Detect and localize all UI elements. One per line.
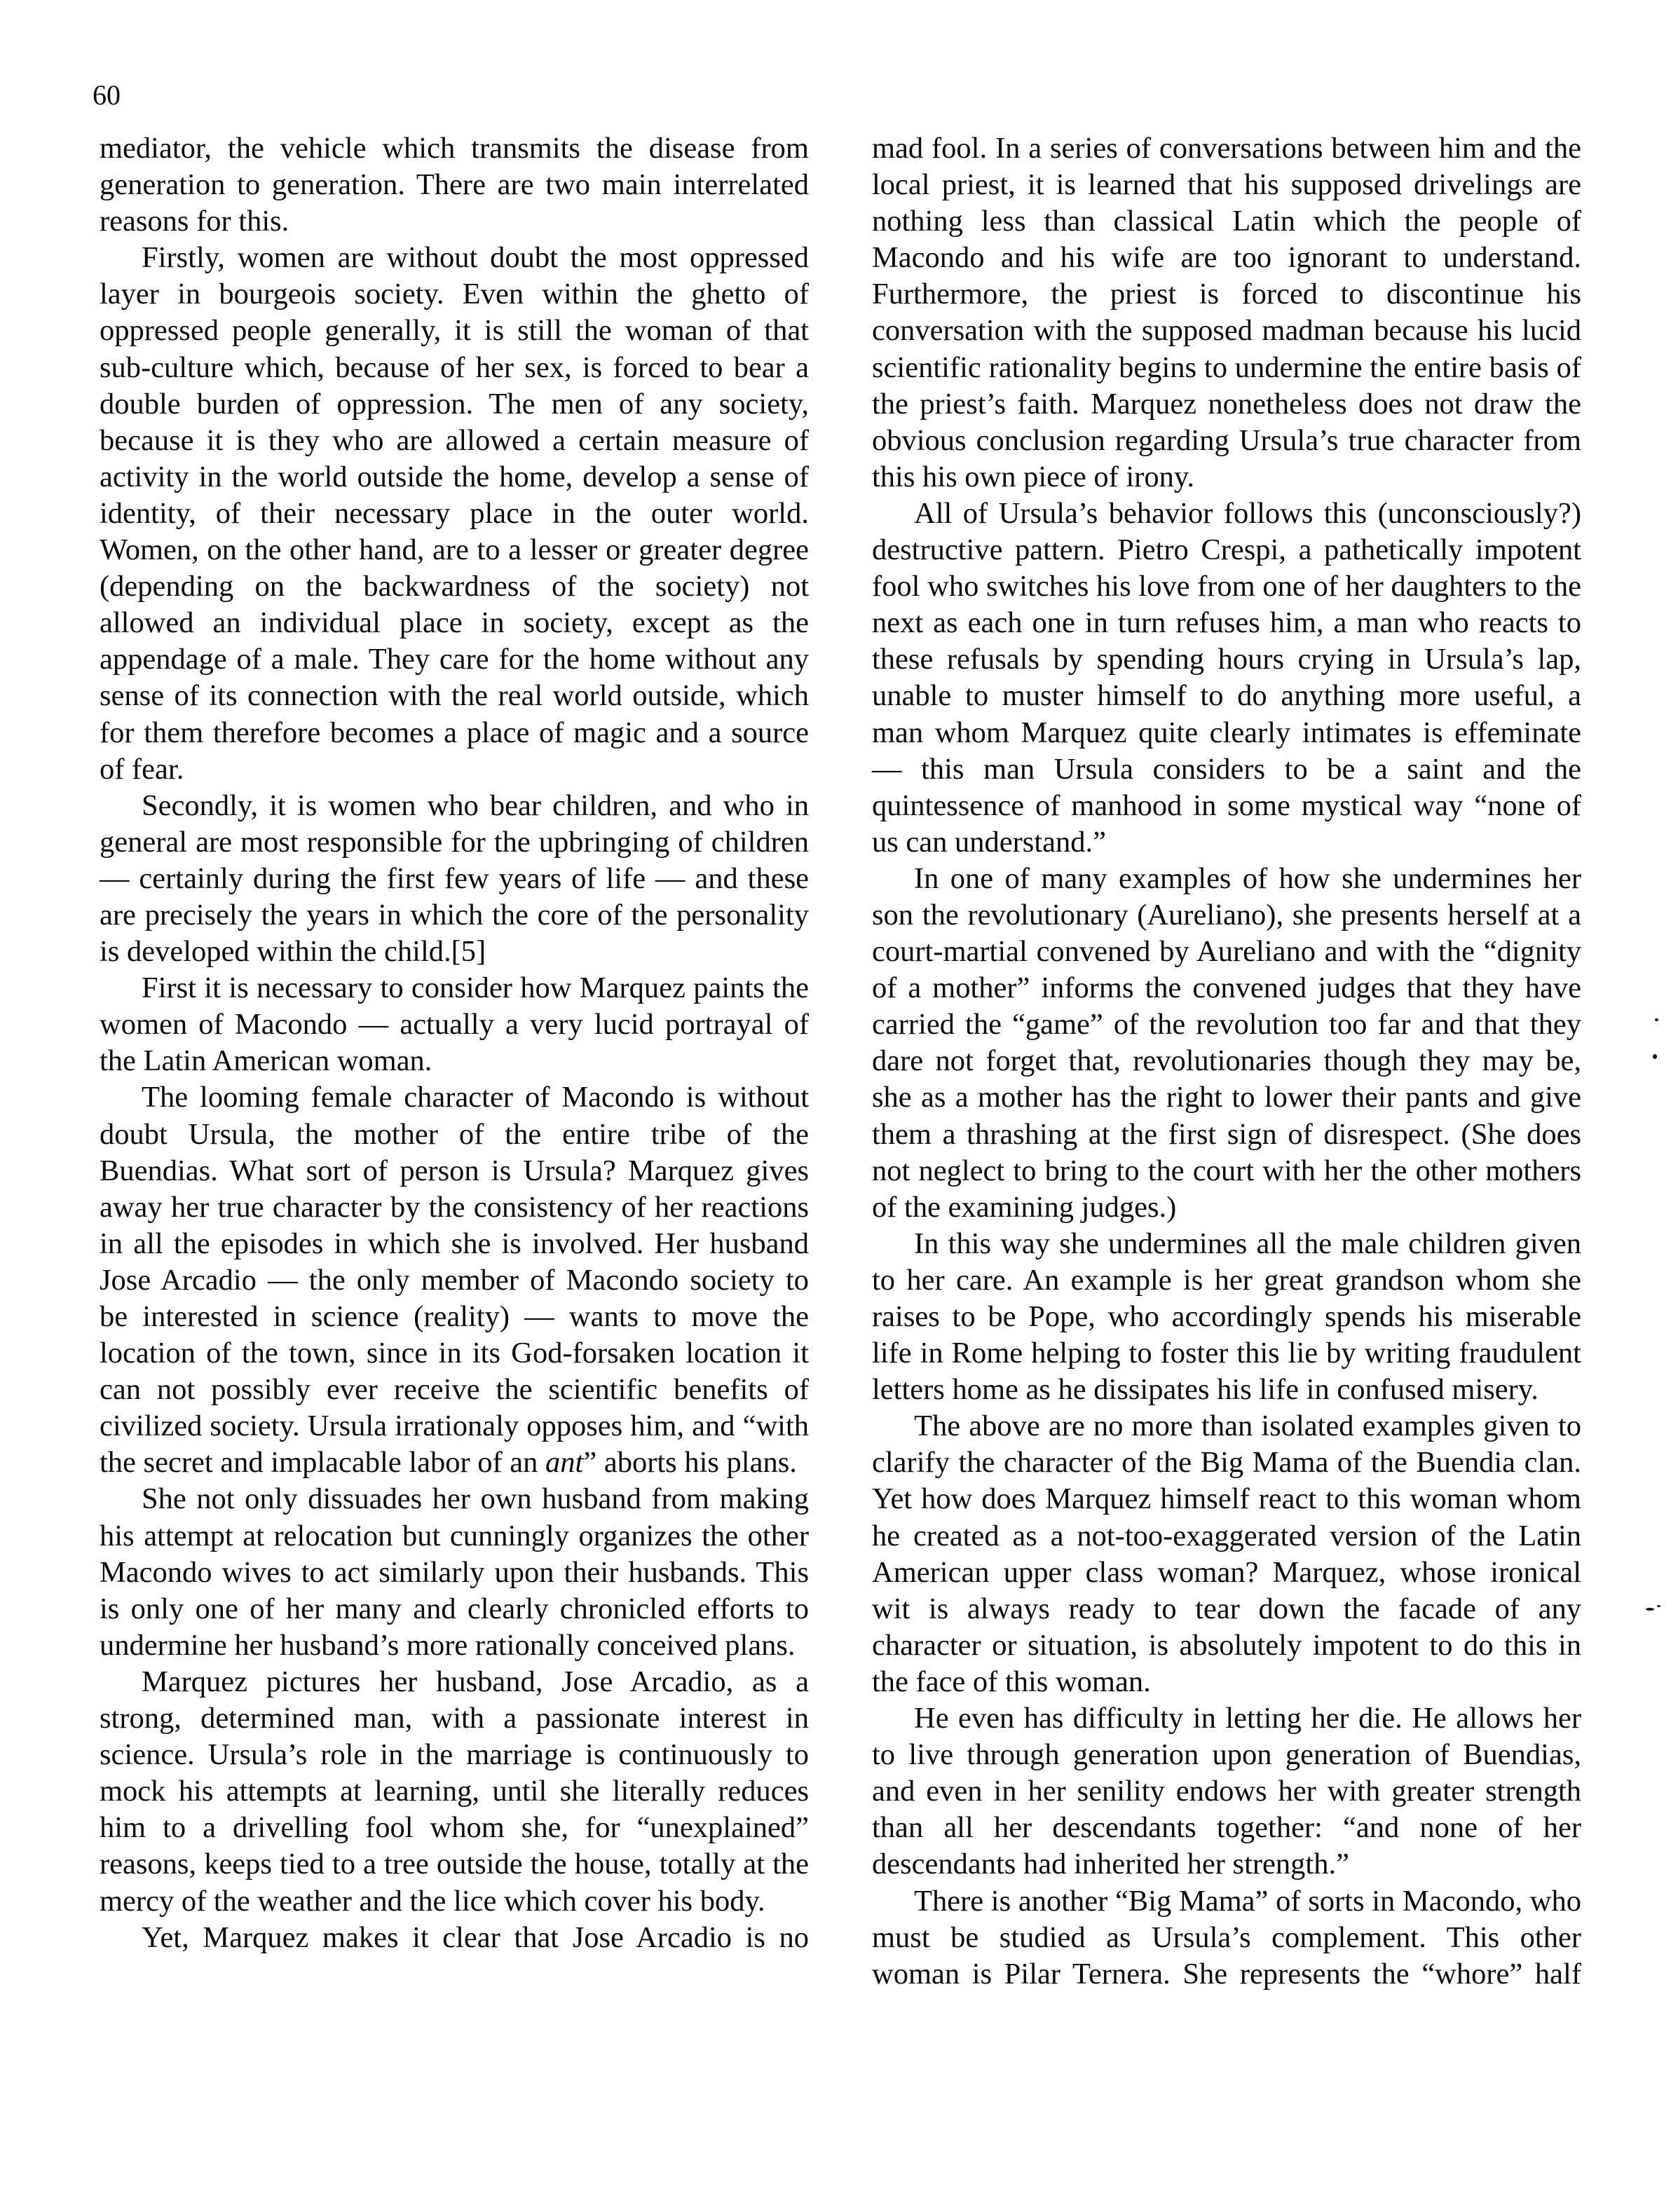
paragraph: mad fool. In a series of conversations b…: [872, 130, 1581, 496]
paragraph: In this way she undermines all the male …: [872, 1226, 1581, 1408]
left-column: mediator, the vehicle which transmits th…: [100, 130, 809, 1956]
scan-speck: [1657, 1605, 1660, 1607]
right-column: mad fool. In a series of conversations b…: [872, 130, 1581, 1993]
paragraph: Marquez pictures her husband, Jose Arcad…: [100, 1664, 809, 1920]
paragraph: All of Ursula’s behavior follows this (u…: [872, 496, 1581, 861]
paragraph: First it is necessary to consider how Ma…: [100, 970, 809, 1079]
paragraph: She not only dissuades her own husband f…: [100, 1481, 809, 1663]
paragraph: In one of many examples of how she under…: [872, 861, 1581, 1226]
paragraph: Firstly, women are without doubt the mos…: [100, 240, 809, 787]
paragraph-text: ” aborts his plans.: [583, 1446, 797, 1479]
paragraph: mediator, the vehicle which transmits th…: [100, 130, 809, 240]
paragraph: There is another “Big Mama” of sorts in …: [872, 1883, 1581, 1993]
scan-speck: [1646, 1608, 1654, 1611]
scan-speck: [1653, 1054, 1657, 1059]
paragraph: He even has difficulty in letting her di…: [872, 1700, 1581, 1883]
scan-speck: [1655, 1018, 1658, 1021]
page-number: 60: [93, 78, 121, 112]
italic-emphasis: ant: [545, 1446, 583, 1479]
paragraph: Yet, Marquez makes it clear that Jose Ar…: [100, 1920, 809, 1956]
paragraph: Secondly, it is women who bear children,…: [100, 788, 809, 970]
paragraph: The above are no more than isolated exam…: [872, 1408, 1581, 1700]
paragraph-text: The looming female character of Macondo …: [100, 1081, 809, 1479]
paragraph: The looming female character of Macondo …: [100, 1079, 809, 1481]
